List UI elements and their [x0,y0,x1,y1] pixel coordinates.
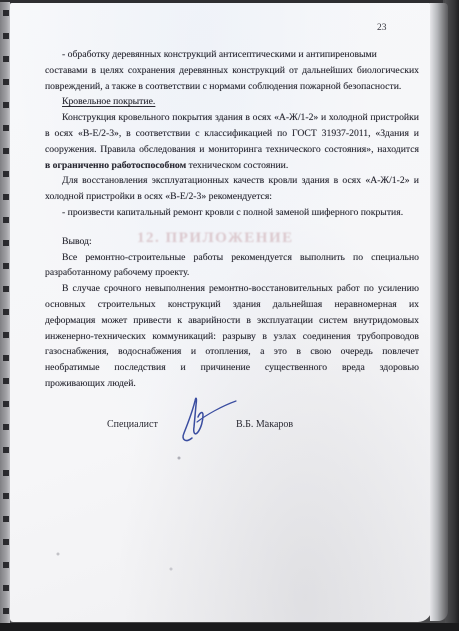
text-line: основных строительных конструкций здания… [45,297,419,313]
scan-specks [10,3,12,5]
text-line: Для восстановления эксплуатационных каче… [45,173,419,189]
text-line: деформация может привести к аварийности … [45,313,419,329]
text-line: инженерно-технических коммуникаций: разр… [45,329,419,345]
text-line: - обработку деревянных конструкций антис… [45,47,419,63]
signature-role-label: Специалист [107,419,158,430]
section-heading: Кровельное покрытие. [45,94,419,110]
text-line: проживающих людей. [45,376,419,392]
text-line-rest: техническом состоянии. [186,160,288,171]
conclusion-heading: Вывод: [45,234,419,250]
text-line: в ограниченно работоспособном техническо… [45,158,419,174]
text-line: холодной пристройки в осях «В-Е/2-3» рек… [45,189,419,205]
text-line: повреждений, а также в соответствии с но… [45,79,419,95]
text-line: необратимые последствия и причинение сущ… [45,360,419,376]
section-heading-text: Кровельное покрытие. [62,96,155,107]
scanner-shadow-bottom [0,623,459,631]
text-line: - произвести капитальный ремонт кровли с… [45,205,419,221]
text-line: сооружения. Правила обследования и монит… [45,142,419,158]
page-number: 23 [377,23,387,33]
bold-phrase: в ограниченно работоспособном [45,160,186,171]
text-line: В случае срочного невыполнения ремонтно-… [45,281,419,297]
text-line: составами в целях сохранения деревянных … [45,63,419,79]
signature-name: В.Б. Макаров [236,419,293,430]
text-line: в осях «В-Е/2-3», в соответствии с класс… [45,126,419,142]
text-line: Все ремонтно-строительные работы рекомен… [45,250,419,266]
text-line: разработанному рабочему проекту. [45,265,419,281]
handwritten-signature [170,394,242,444]
binding-strip [0,2,10,623]
text-line: Конструкция кровельного покрытия здания … [45,110,419,126]
page-curl-edge [430,3,448,621]
page-sheet: 23 12. ПРИЛОЖЕНИЕ - обработку деревянных… [10,3,432,622]
body-text-block: - обработку деревянных конструкций антис… [45,47,419,392]
scanned-document-photo: 23 12. ПРИЛОЖЕНИЕ - обработку деревянных… [0,0,459,631]
text-line: газоснабжения, водоснабжения и отопления… [45,344,419,360]
